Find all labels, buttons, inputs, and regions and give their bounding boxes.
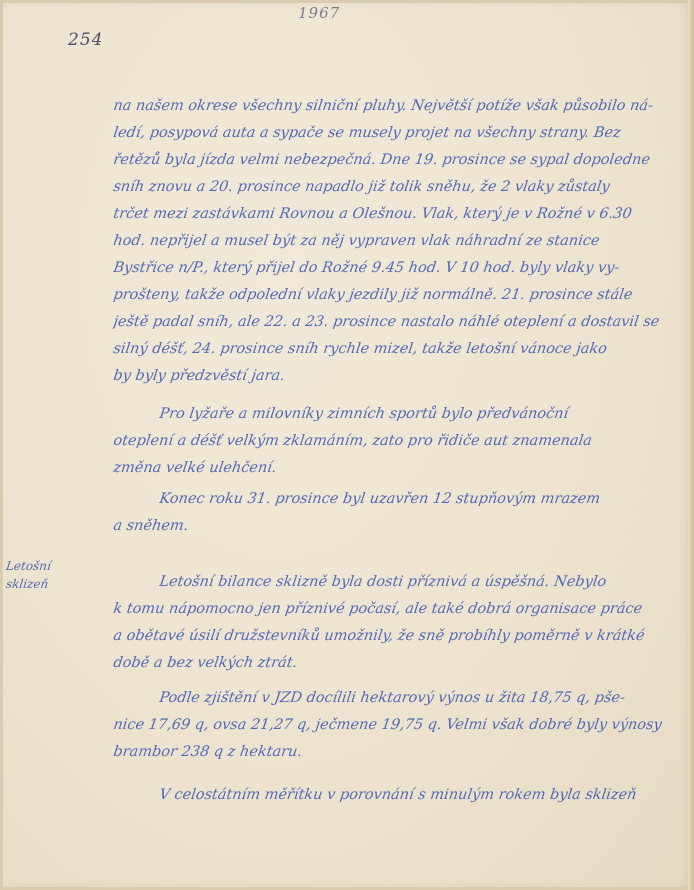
text-line: nice 17,69 q, ovsa 21,27 q, ječmene 19,7… <box>112 715 665 735</box>
text-line: změna velké ulehčení. <box>112 458 665 478</box>
text-line: sníh znovu a 20. prosince napadlo již to… <box>112 177 665 197</box>
margin-note-line-2: sklizeň <box>5 576 50 592</box>
text-line: řetězů byla jízda velmi nebezpečná. Dne … <box>112 150 665 170</box>
text-line: Letošní bilance sklizně byla dosti přízn… <box>158 572 666 592</box>
text-line: a sněhem. <box>112 516 665 536</box>
text-line: V celostátním měřítku v porovnání s minu… <box>158 785 666 805</box>
text-line: hod. nepřijel a musel být za něj vyprave… <box>112 231 665 251</box>
text-line: prošteny, takže odpolední vlaky jezdily … <box>112 285 665 305</box>
page-year: 1967 <box>298 4 340 22</box>
text-line: Podle zjištění v JZD docílili hektarový … <box>158 688 666 708</box>
text-line: k tomu nápomocno jen příznivé počasí, al… <box>112 599 665 619</box>
text-line: oteplení a déšť velkým zklamáním, zato p… <box>112 431 665 451</box>
text-line: na našem okrese všechny silniční pluhy. … <box>112 96 665 116</box>
text-line: silný déšť, 24. prosince sníh rychle miz… <box>112 339 665 359</box>
text-line: Konec roku 31. prosince byl uzavřen 12 s… <box>158 489 666 509</box>
page-edge-shadow <box>688 0 694 890</box>
text-line: by byly předzvěstí jara. <box>112 366 665 386</box>
text-line: době a bez velkých ztrát. <box>112 653 665 673</box>
page-number: 254 <box>68 30 103 50</box>
margin-note-line-1: Letošní <box>5 558 52 574</box>
text-line: ledí, posypová auta a sypače se musely p… <box>112 123 665 143</box>
text-line: Bystřice n/P., který přijel do Rožné 9.4… <box>112 258 665 278</box>
chronicle-page: 1967 254 Letošní sklizeň na našem okrese… <box>0 0 694 890</box>
text-line: ještě padal sníh, ale 22. a 23. prosince… <box>112 312 665 332</box>
text-line: trčet mezi zastávkami Rovnou a Olešnou. … <box>112 204 665 224</box>
text-line: Pro lyžaře a milovníky zimních sportů by… <box>158 404 666 424</box>
text-line: brambor 238 q z hektaru. <box>112 742 665 762</box>
text-line: a obětavé úsilí družstevníků umožnily, ž… <box>112 626 665 646</box>
